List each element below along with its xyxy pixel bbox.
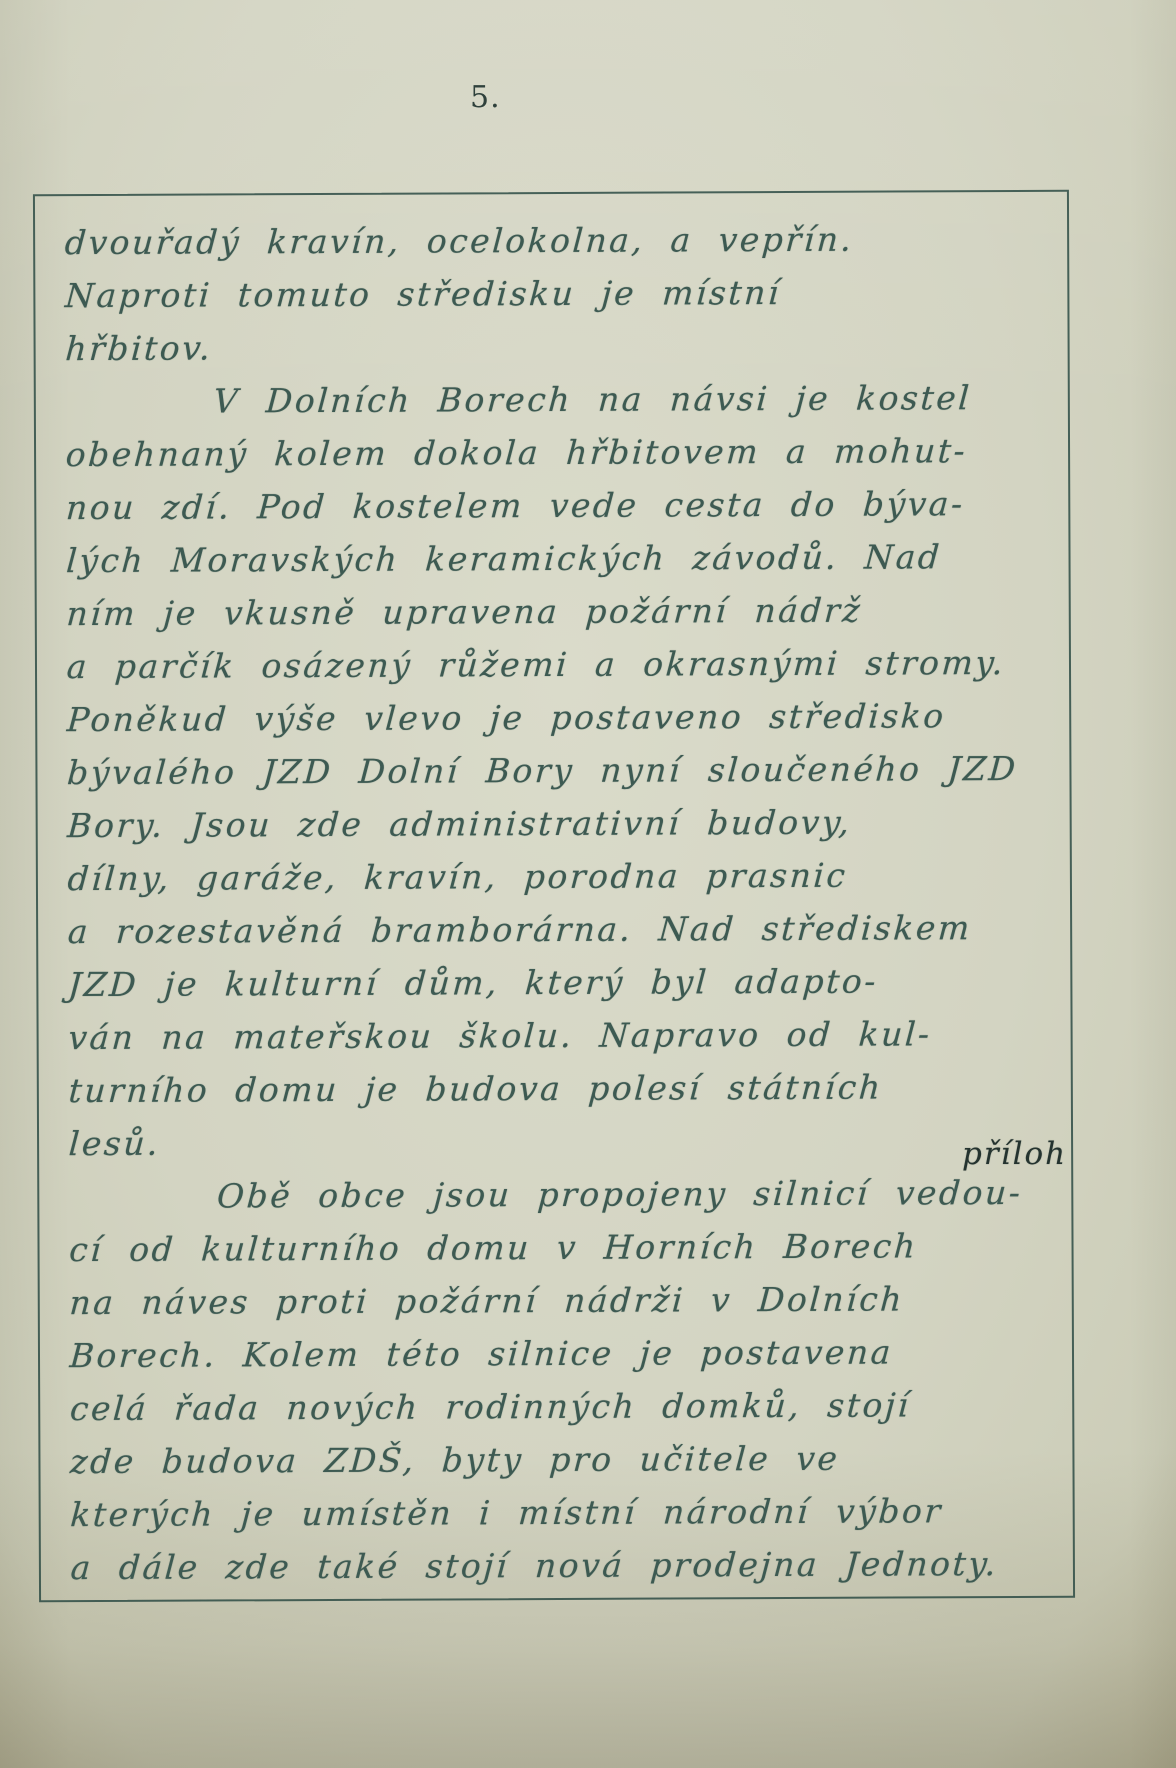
handwritten-text-block: dvouřadý kravín, ocelokolna, a vepřín. N… — [63, 212, 1067, 1594]
handwritten-line: JZD je kulturní dům, který byl adapto- — [66, 954, 1067, 1011]
handwritten-line: a dále zde také stojí nová prodejna Jedn… — [69, 1537, 1070, 1594]
handwritten-line: a parčík osázený růžemi a okrasnými stro… — [65, 636, 1066, 693]
handwritten-line: Bory. Jsou zde administrativní budovy, — [66, 795, 1067, 852]
handwritten-line: Naproti tomuto středisku je místní — [63, 265, 1064, 322]
handwritten-line: dílny, garáže, kravín, porodna prasnic — [66, 848, 1067, 905]
handwritten-line: ván na mateřskou školu. Napravo od kul- — [67, 1007, 1068, 1064]
handwritten-line: V Dolních Borech na návsi je kostel — [64, 371, 1065, 428]
handwritten-line: kterých je umístěn i místní národní výbo… — [69, 1484, 1070, 1541]
handwritten-line: lých Moravských keramických závodů. Nad — [65, 530, 1066, 587]
handwritten-line: turního domu je budova polesí státních — [67, 1060, 1068, 1117]
handwritten-line: na náves proti požární nádrži v Dolních — [68, 1272, 1069, 1329]
handwritten-text-frame: dvouřadý kravín, ocelokolna, a vepřín. N… — [33, 190, 1075, 1603]
handwritten-line: dvouřadý kravín, ocelokolna, a vepřín. — [63, 212, 1064, 269]
handwritten-line: Obě obce jsou propojeny silnicí vedou- — [67, 1166, 1068, 1223]
margin-note: příloh — [962, 1136, 1176, 1172]
handwritten-line: lesů. — [67, 1113, 1068, 1170]
handwritten-line: a rozestavěná bramborárna. Nad střediske… — [66, 901, 1067, 958]
handwritten-line: ním je vkusně upravena požární nádrž — [65, 583, 1066, 640]
handwritten-line: bývalého JZD Dolní Bory nyní sloučeného … — [66, 742, 1067, 799]
handwritten-line: cí od kulturního domu v Horních Borech — [68, 1219, 1069, 1276]
handwritten-line: obehnaný kolem dokola hřbitovem a mohut- — [64, 424, 1065, 481]
handwritten-line: celá řada nových rodinných domků, stojí — [68, 1378, 1069, 1435]
handwritten-line: zde budova ZDŠ, byty pro učitele ve — [69, 1431, 1070, 1488]
handwritten-line: Borech. Kolem této silnice je postavena — [68, 1325, 1069, 1382]
page-number: 5. — [470, 80, 501, 115]
handwritten-line: Poněkud výše vlevo je postaveno středisk… — [65, 689, 1066, 746]
scanned-chronicle-page: { "doc": { "page_number": "5.", "margin_… — [0, 0, 1176, 1768]
handwritten-line: hřbitov. — [64, 318, 1065, 375]
handwritten-line: nou zdí. Pod kostelem vede cesta do býva… — [64, 477, 1065, 534]
